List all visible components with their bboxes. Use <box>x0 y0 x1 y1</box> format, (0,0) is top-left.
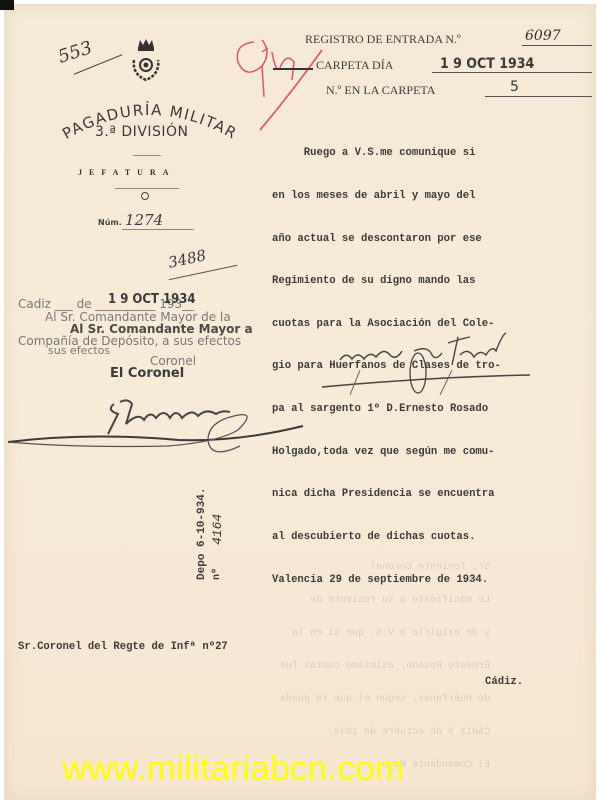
registry-entry-number: 6097 <box>525 28 561 44</box>
letterhead-office: JEFATURA <box>78 168 175 177</box>
body-line: en los meses de abril y mayo del <box>272 189 592 203</box>
body-line: Regimiento de su digno mando las <box>272 274 592 288</box>
registry-folder-date: 1 9 OCT 1934 <box>440 56 534 72</box>
registry-entry-label: REGISTRO DE ENTRADA N.º <box>305 32 461 47</box>
registry-folder-underline <box>432 72 592 73</box>
crown-wreath-emblem-icon <box>130 38 162 84</box>
registry-strike <box>273 68 313 70</box>
svg-text:Herrera: Herrera <box>8 389 13 391</box>
website-watermark: www.militariabcn.com <box>62 749 404 789</box>
stamp-colonel-title: El Coronel <box>110 366 184 381</box>
body-line: Ruego a V.S.me comunique si <box>272 146 592 160</box>
registry-folder-number-label: N.º EN LA CARPETA <box>326 83 435 98</box>
letterhead-division: 3.ª DIVISIÓN <box>95 124 189 140</box>
body-line: nica dicha Presidencia se encuentra <box>272 487 592 501</box>
number-label: Núm. <box>98 218 122 227</box>
registry-folder-number-underline <box>485 96 592 97</box>
sender-signature: Miguel Trujol <box>310 325 540 405</box>
svg-text:Miguel Trujol: Miguel Trujol <box>310 324 318 326</box>
body-line: Holgado,toda vez que según me comu- <box>272 445 592 459</box>
letterhead-divider <box>115 188 179 189</box>
body-line: año actual se descontaron por ese <box>272 232 592 246</box>
registry-folder-number: 5 <box>510 79 519 95</box>
stamp-effects-overprint: sus efectos <box>48 344 110 357</box>
number-underline <box>122 229 194 230</box>
number-value: 1274 <box>125 211 163 229</box>
addressee-line: Sr.Coronel del Regte de Infª nº27 <box>18 641 228 653</box>
registry-folder-day-label: CARPETA DÍA <box>316 58 393 73</box>
scan-edge <box>0 0 14 10</box>
colonel-signature: Herrera <box>8 390 308 470</box>
registry-entry-underline <box>522 45 592 46</box>
forward-date-stamp: 1 9 OCT 1934 <box>108 292 196 307</box>
addressee-city: Cádiz. <box>485 676 523 688</box>
bleed-through-text: Sr. Teniente Coronel Le manifiesto a su … <box>130 540 490 782</box>
letterhead-title-arc: PAGADURÍA MILITAR <box>40 88 260 158</box>
ornament-circle-icon <box>141 192 149 200</box>
letterhead-divider <box>133 155 161 156</box>
